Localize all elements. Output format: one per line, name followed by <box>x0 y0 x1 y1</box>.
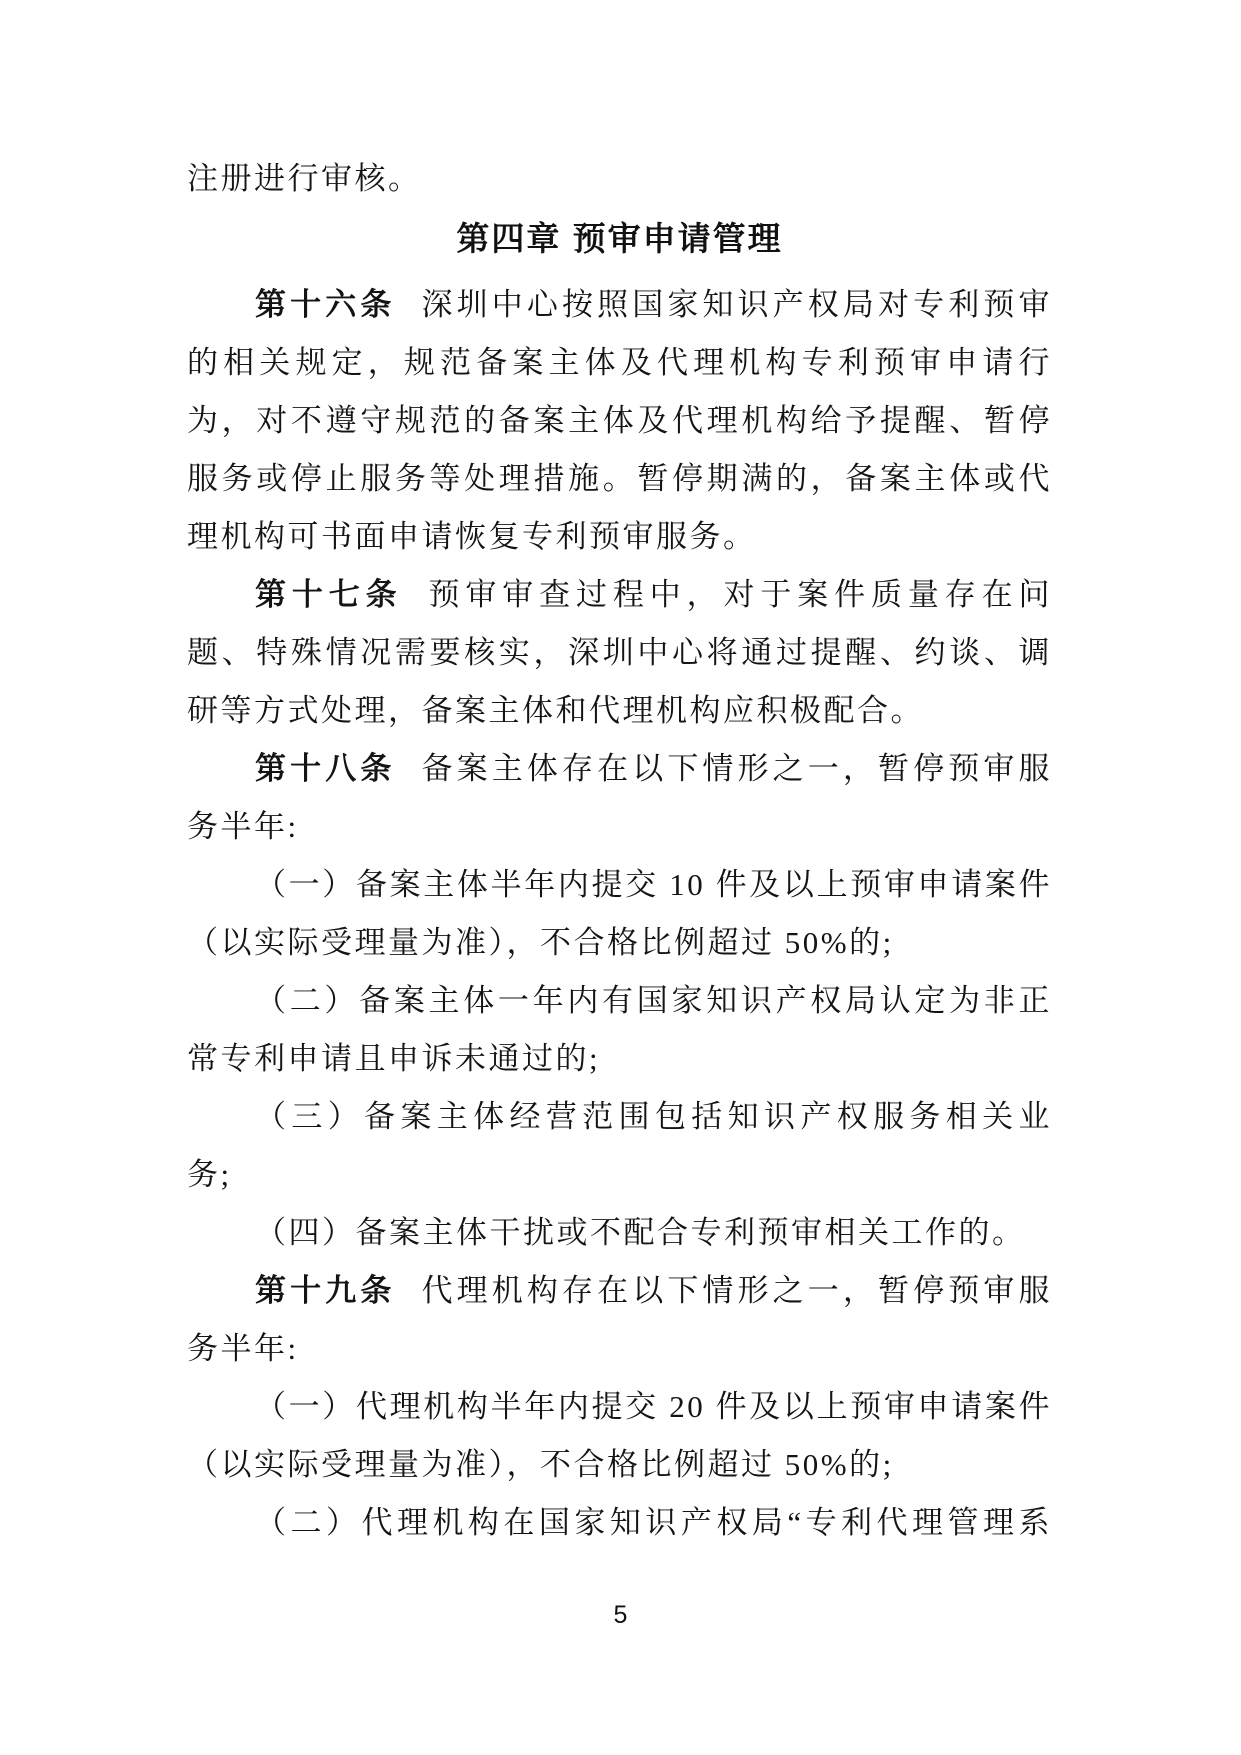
text-line: （以实际受理量为准），不合格比例超过 50%的; <box>187 914 1052 972</box>
text-line: 务半年: <box>187 798 1052 856</box>
text-line: 常专利申请且申诉未通过的; <box>187 1030 1052 1088</box>
line-text: 注册进行审核。 <box>187 161 422 196</box>
line-text: （一）代理机构半年内提交 20 件及以上预审申请案件 <box>255 1389 1052 1424</box>
text-column: 注册进行审核。 第四章 预审申请管理 第十六条深圳中心按照国家知识产权局对专利预… <box>187 150 1052 1552</box>
line-text: 代理机构存在以下情形之一，暂停预审服 <box>421 1273 1052 1308</box>
line-text: 题、特殊情况需要核实，深圳中心将通过提醒、约谈、调 <box>187 635 1052 670</box>
text-line: （一）备案主体半年内提交 10 件及以上预审申请案件 <box>187 856 1052 914</box>
text-line: （一）代理机构半年内提交 20 件及以上预审申请案件 <box>187 1378 1052 1436</box>
text-line: （以实际受理量为准），不合格比例超过 50%的; <box>187 1436 1052 1494</box>
line-text: 研等方式处理，备案主体和代理机构应积极配合。 <box>187 693 924 728</box>
line-text: 预审审查过程中，对于案件质量存在问 <box>429 577 1053 612</box>
line-text: 为，对不遵守规范的备案主体及代理机构给予提醒、暂停 <box>187 403 1052 438</box>
text-line: 服务或停止服务等处理措施。暂停期满的，备案主体或代 <box>187 450 1052 508</box>
line-text: 理机构可书面申请恢复专利预审服务。 <box>187 519 757 554</box>
chapter-heading: 第四章 预审申请管理 <box>187 210 1052 268</box>
text-line: 第十六条深圳中心按照国家知识产权局对专利预审 <box>187 276 1052 334</box>
text-line: （三）备案主体经营范围包括知识产权服务相关业 <box>187 1088 1052 1146</box>
text-line: 注册进行审核。 <box>187 150 1052 208</box>
article-number: 第十九条 <box>255 1273 395 1308</box>
text-line: 的相关规定，规范备案主体及代理机构专利预审申请行 <box>187 334 1052 392</box>
line-text: 服务或停止服务等处理措施。暂停期满的，备案主体或代 <box>187 461 1052 496</box>
text-line: 为，对不遵守规范的备案主体及代理机构给予提醒、暂停 <box>187 392 1052 450</box>
line-text: （四）备案主体干扰或不配合专利预审相关工作的。 <box>255 1215 1026 1250</box>
line-text: 深圳中心按照国家知识产权局对专利预审 <box>421 287 1052 322</box>
text-line: 研等方式处理，备案主体和代理机构应积极配合。 <box>187 682 1052 740</box>
line-text: 常专利申请且申诉未通过的; <box>187 1041 600 1076</box>
line-text: （三）备案主体经营范围包括知识产权服务相关业 <box>255 1099 1052 1134</box>
article-number: 第十八条 <box>255 751 395 786</box>
text-line: 题、特殊情况需要核实，深圳中心将通过提醒、约谈、调 <box>187 624 1052 682</box>
text-line: 第十九条代理机构存在以下情形之一，暂停预审服 <box>187 1262 1052 1320</box>
body-paragraphs: 第十六条深圳中心按照国家知识产权局对专利预审的相关规定，规范备案主体及代理机构专… <box>187 276 1052 1552</box>
line-text: （以实际受理量为准），不合格比例超过 50%的; <box>187 925 894 960</box>
line-text: 务半年: <box>187 1331 299 1366</box>
article-number: 第十七条 <box>255 577 403 612</box>
document-page: 注册进行审核。 第四章 预审申请管理 第十六条深圳中心按照国家知识产权局对专利预… <box>0 0 1241 1755</box>
text-line: 第十七条预审审查过程中，对于案件质量存在问 <box>187 566 1052 624</box>
text-line: 第十八条备案主体存在以下情形之一，暂停预审服 <box>187 740 1052 798</box>
line-text: （一）备案主体半年内提交 10 件及以上预审申请案件 <box>255 867 1052 902</box>
line-text: 务; <box>187 1157 232 1192</box>
line-text: 务半年: <box>187 809 299 844</box>
text-line: （四）备案主体干扰或不配合专利预审相关工作的。 <box>187 1204 1052 1262</box>
text-line: （二）代理机构在国家知识产权局“专利代理管理系 <box>187 1494 1052 1552</box>
line-text: （以实际受理量为准），不合格比例超过 50%的; <box>187 1447 894 1482</box>
page-number: 5 <box>0 1598 1241 1632</box>
line-text: 备案主体存在以下情形之一，暂停预审服 <box>421 751 1052 786</box>
text-line: （二）备案主体一年内有国家知识产权局认定为非正 <box>187 972 1052 1030</box>
article-number: 第十六条 <box>255 287 395 322</box>
line-text: （二）备案主体一年内有国家知识产权局认定为非正 <box>255 983 1052 1018</box>
intro-paragraph: 注册进行审核。 <box>187 150 1052 208</box>
text-line: 务; <box>187 1146 1052 1204</box>
text-line: 务半年: <box>187 1320 1052 1378</box>
text-line: 理机构可书面申请恢复专利预审服务。 <box>187 508 1052 566</box>
line-text: 的相关规定，规范备案主体及代理机构专利预审申请行 <box>187 345 1052 380</box>
line-text: （二）代理机构在国家知识产权局“专利代理管理系 <box>255 1505 1052 1540</box>
